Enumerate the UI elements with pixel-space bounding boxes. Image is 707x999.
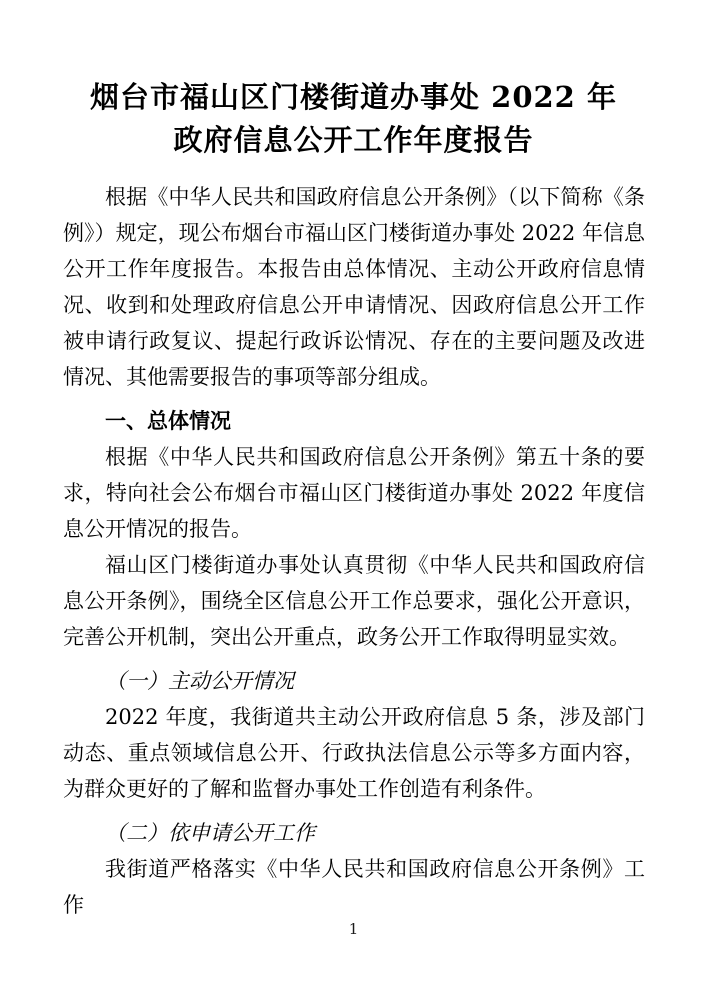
page-number: 1 [0, 920, 707, 938]
proactive-disclosure-paragraph: 2022 年度，我街道共主动公开政府信息 5 条，涉及部门动态、重点领域信息公开… [63, 699, 645, 807]
subsection-heading-disclosure-upon-request: （二）依申请公开工作 [63, 815, 645, 851]
section-heading-overall-situation: 一、总体情况 [63, 403, 645, 439]
disclosure-upon-request-paragraph: 我街道严格落实《中华人民共和国政府信息公开条例》工作 [63, 851, 645, 923]
document-title: 烟台市福山区门楼街道办事处 2022 年政府信息公开工作年度报告 [81, 76, 626, 162]
document-page: 烟台市福山区门楼街道办事处 2022 年政府信息公开工作年度报告 根据《中华人民… [0, 0, 707, 999]
document-body: 根据《中华人民共和国政府信息公开条例》（以下简称《条例》）规定，现公布烟台市福山… [63, 179, 645, 923]
subsection-heading-proactive-disclosure: （一）主动公开情况 [63, 663, 645, 699]
intro-paragraph: 根据《中华人民共和国政府信息公开条例》（以下简称《条例》）规定，现公布烟台市福山… [63, 179, 645, 395]
overall-situation-paragraph-1: 根据《中华人民共和国政府信息公开条例》第五十条的要求，特向社会公布烟台市福山区门… [63, 439, 645, 547]
overall-situation-paragraph-2: 福山区门楼街道办事处认真贯彻《中华人民共和国政府信息公开条例》，围绕全区信息公开… [63, 547, 645, 655]
